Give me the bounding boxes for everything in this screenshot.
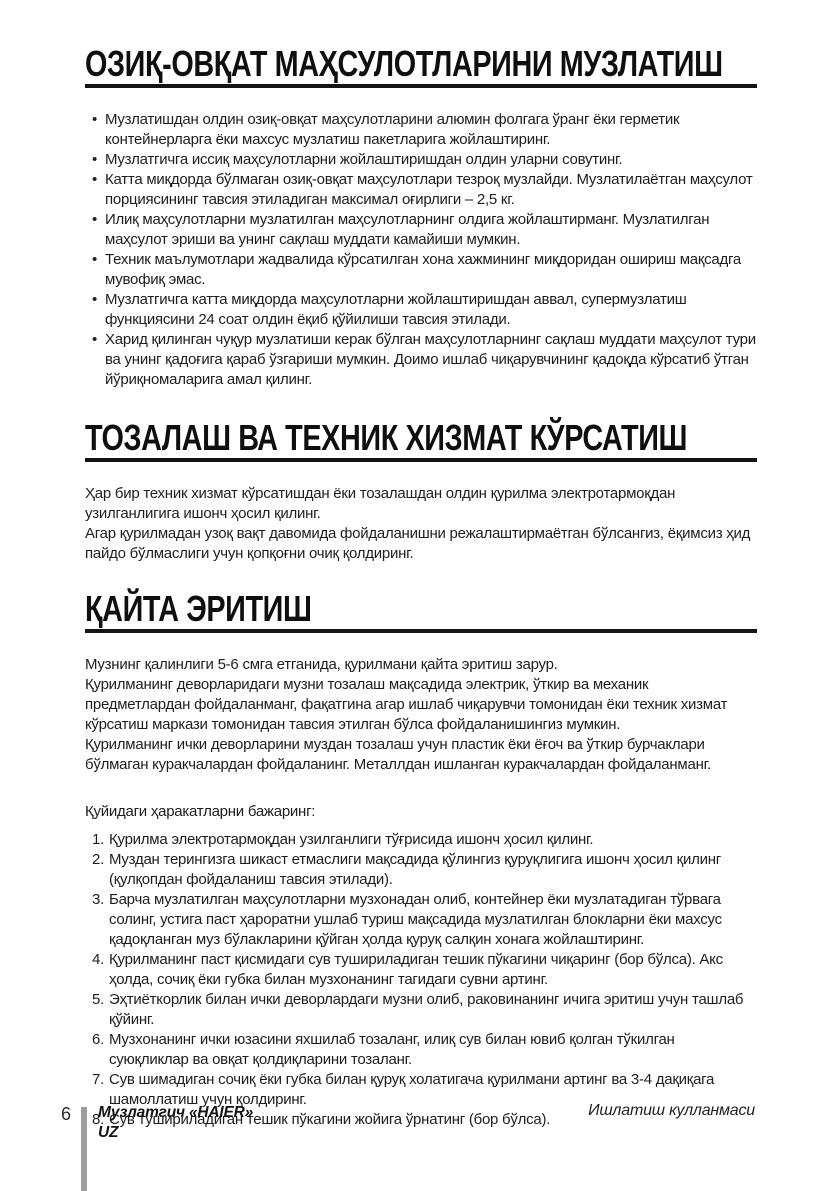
manual-page: ОЗИҚ-ОВҚАТ МАҲСУЛОТЛАРИНИ МУЗЛАТИШ Музла… — [0, 0, 839, 1191]
section-heading-cleaning: ТОЗАЛАШ ВА ТЕХНИК ХИЗМАТ КЎРСАТИШ — [85, 423, 757, 462]
section-heading-cleaning-text: ТОЗАЛАШ ВА ТЕХНИК ХИЗМАТ КЎРСАТИШ — [85, 423, 687, 453]
step-item: 6.Музхонанинг ички юзасини яхшилаб тозал… — [85, 1030, 757, 1070]
step-text: Қурилма электротармоқдан узилганлиги тўғ… — [109, 831, 593, 848]
bullet-item: Музлатишдан олдин озиқ-овқат маҳсулотлар… — [85, 110, 757, 150]
bullet-item: Музлатгичга катта миқдорда маҳсулотларни… — [85, 290, 757, 330]
section-heading-defrosting-text: ҚАЙТА ЭРИТИШ — [85, 594, 311, 624]
step-number: 3. — [92, 890, 104, 910]
bullet-text: Катта миқдорда бўлмаган озиқ-овқат маҳсу… — [105, 171, 752, 208]
step-text: Эҳтиёткорлик билан ички деворлардаги муз… — [109, 991, 743, 1028]
bullet-item: Харид қилинган чуқур музлатиши керак бўл… — [85, 330, 757, 390]
step-text: Муздан терингизга шикаст етмаслиги мақса… — [109, 851, 721, 888]
footer-language-code: UZ — [98, 1123, 253, 1143]
step-number: 7. — [92, 1070, 104, 1090]
step-item: 2.Муздан терингизга шикаст етмаслиги мақ… — [85, 850, 757, 890]
paragraph: Агар қурилмадан узоқ вақт давомида фойда… — [85, 524, 757, 564]
section-cleaning-maintenance: ТОЗАЛАШ ВА ТЕХНИК ХИЗМАТ КЎРСАТИШ Ҳар би… — [85, 423, 757, 564]
bullet-item: Катта миқдорда бўлмаган озиқ-овқат маҳсу… — [85, 170, 757, 210]
bullet-item: Музлатгичга иссиқ маҳсулотларни жойлашти… — [85, 150, 757, 170]
step-text: Қурилманинг паст қисмидаги сув туширилад… — [109, 951, 723, 988]
bullet-item: Техник маълумотлари жадвалида кўрсатилга… — [85, 250, 757, 290]
section-heading-freezing: ОЗИҚ-ОВҚАТ МАҲСУЛОТЛАРИНИ МУЗЛАТИШ — [85, 49, 757, 88]
step-text: Барча музлатилган маҳсулотларни музхонад… — [109, 891, 722, 948]
bullet-text: Илиқ маҳсулотларни музлатилган маҳсулотл… — [105, 211, 709, 248]
paragraph: Қурилманинг ички деворларини муздан тоза… — [85, 735, 757, 775]
freezing-bullet-list: Музлатишдан олдин озиқ-овқат маҳсулотлар… — [85, 110, 757, 390]
step-text: Музхонанинг ички юзасини яхшилаб тозалан… — [109, 1031, 675, 1068]
page-content: ОЗИҚ-ОВҚАТ МАҲСУЛОТЛАРИНИ МУЗЛАТИШ Музла… — [85, 0, 757, 1130]
bullet-text: Харид қилинган чуқур музлатиши керак бўл… — [105, 331, 756, 388]
step-number: 4. — [92, 950, 104, 970]
paragraph: Музнинг қалинлиги 5-6 смга етганида, қур… — [85, 655, 757, 675]
section-heading-freezing-text: ОЗИҚ-ОВҚАТ МАҲСУЛОТЛАРИНИ МУЗЛАТИШ — [85, 49, 723, 79]
footer-brand-block: Музлатгич «HAIER» UZ — [98, 1103, 253, 1143]
paragraph: Қурилманинг деворларидаги музни тозалаш … — [85, 675, 757, 735]
step-item: 4.Қурилманинг паст қисмидаги сув туширил… — [85, 950, 757, 990]
steps-intro: Қуйидаги ҳаракатларни бажаринг: — [85, 802, 757, 822]
defrost-step-list: 1.Қурилма электротармоқдан узилганлиги т… — [85, 830, 757, 1130]
page-number: 6 — [61, 1104, 71, 1125]
bullet-item: Илиқ маҳсулотларни музлатилган маҳсулотл… — [85, 210, 757, 250]
step-item: 3.Барча музлатилган маҳсулотларни музхон… — [85, 890, 757, 950]
step-number: 1. — [92, 830, 104, 850]
step-number: 6. — [92, 1030, 104, 1050]
bullet-text: Музлатгичга катта миқдорда маҳсулотларни… — [105, 291, 687, 328]
step-item: 1.Қурилма электротармоқдан узилганлиги т… — [85, 830, 757, 850]
footer-brand-title: Музлатгич «HAIER» — [98, 1103, 253, 1123]
section-heading-defrosting: ҚАЙТА ЭРИТИШ — [85, 594, 757, 633]
footer-doc-title: Ишлатиш кулланмаси — [588, 1102, 755, 1120]
step-number: 2. — [92, 850, 104, 870]
footer-divider-bar — [81, 1107, 87, 1191]
bullet-text: Музлатгичга иссиқ маҳсулотларни жойлашти… — [105, 151, 622, 168]
paragraph: Ҳар бир техник хизмат кўрсатишдан ёки то… — [85, 484, 757, 524]
step-item: 5.Эҳтиёткорлик билан ички деворлардаги м… — [85, 990, 757, 1030]
section-defrosting: ҚАЙТА ЭРИТИШ Музнинг қалинлиги 5-6 смга … — [85, 594, 757, 1130]
bullet-text: Музлатишдан олдин озиқ-овқат маҳсулотлар… — [105, 111, 679, 148]
section-freezing-food: ОЗИҚ-ОВҚАТ МАҲСУЛОТЛАРИНИ МУЗЛАТИШ Музла… — [85, 0, 757, 390]
step-number: 5. — [92, 990, 104, 1010]
bullet-text: Техник маълумотлари жадвалида кўрсатилга… — [105, 251, 741, 288]
